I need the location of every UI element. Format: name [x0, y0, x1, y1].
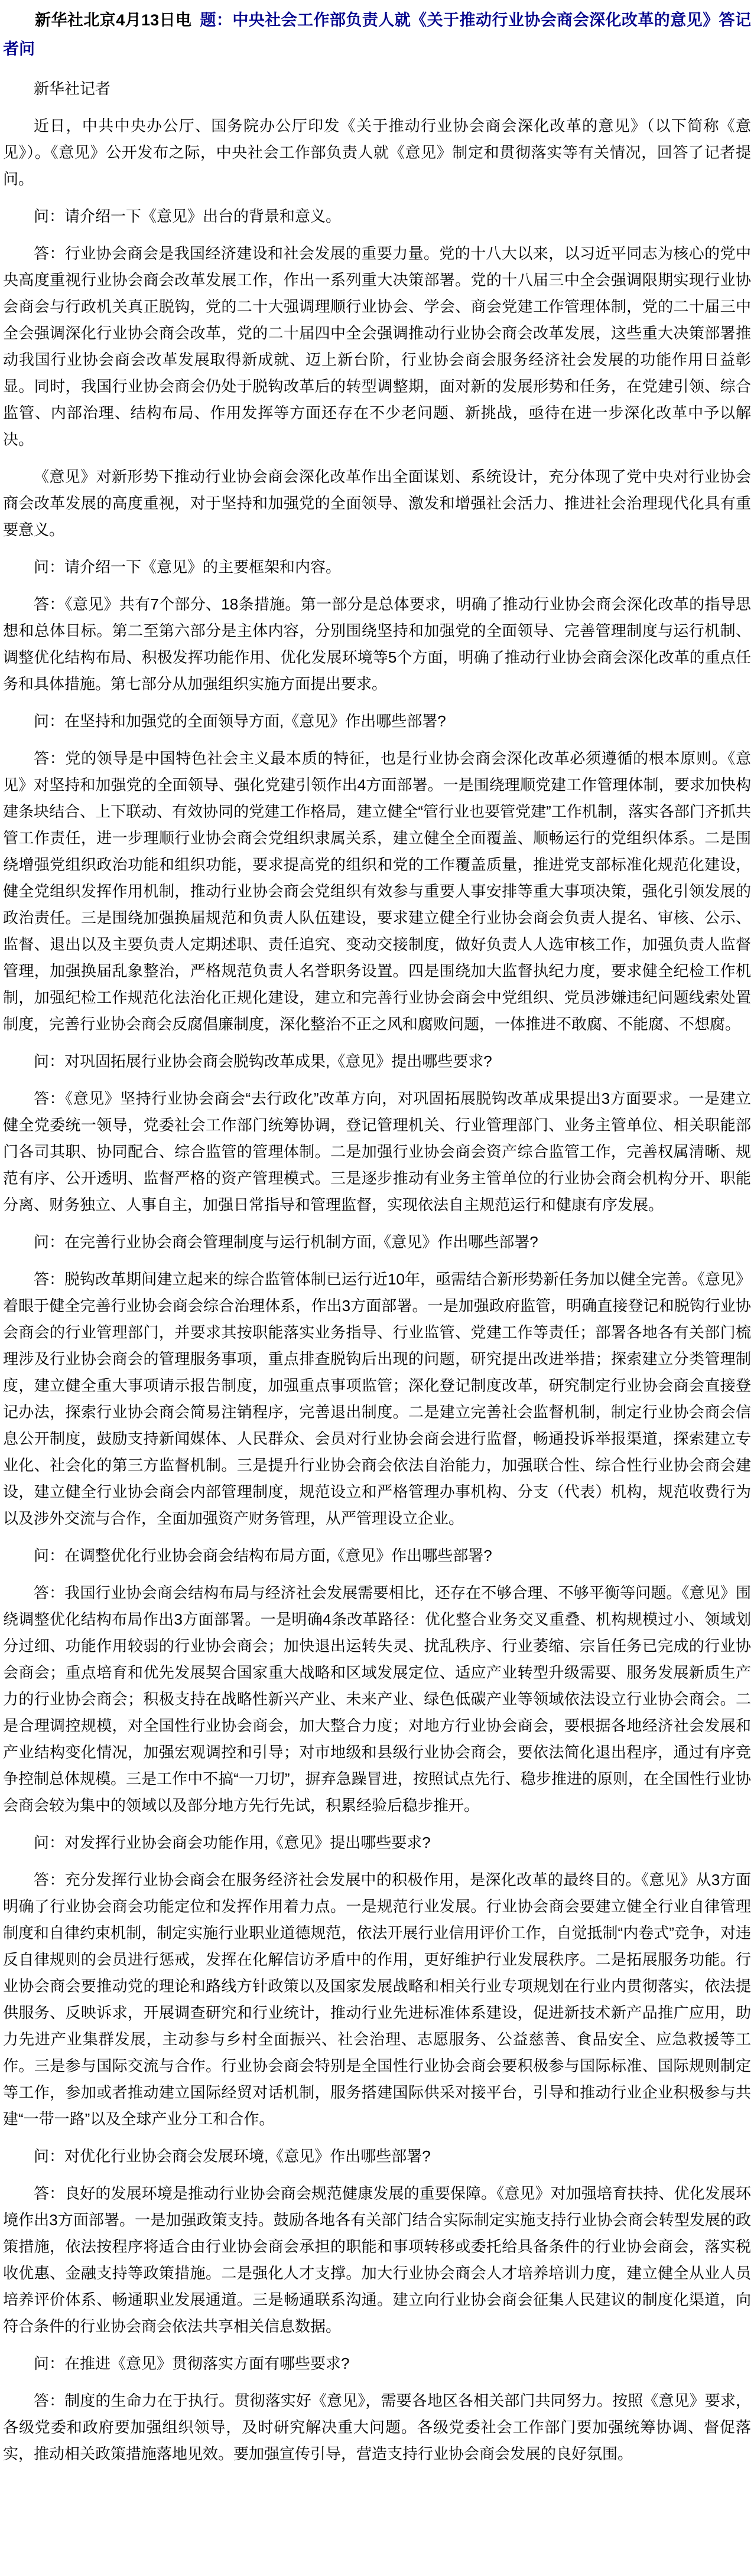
- byline: 新华社记者: [3, 76, 751, 102]
- question-7: 问：对发挥行业协会商会功能作用,《意见》提出哪些要求?: [3, 1830, 751, 1856]
- answer-1-paragraph-2: 《意见》对新形势下推动行业协会商会深化改革作出全面谋划、系统设计，充分体现了党中…: [3, 464, 751, 543]
- answer-4-paragraph-1: 答：《意见》坚持行业协会商会“去行政化”改革方向，对巩固拓展脱钩改革成果提出3方…: [3, 1085, 751, 1218]
- question-9: 问：在推进《意见》贯彻落实方面有哪些要求?: [3, 2350, 751, 2377]
- answer-7-paragraph-1: 答：充分发挥行业协会商会在服务经济社会发展中的积极作用，是深化改革的最终目的。《…: [3, 1867, 751, 2132]
- question-5: 问：在完善行业协会商会管理制度与运行机制方面,《意见》作出哪些部署?: [3, 1229, 751, 1256]
- dateline: 新华社北京4月13日电: [35, 11, 191, 29]
- question-4: 问：对巩固拓展行业协会商会脱钩改革成果,《意见》提出哪些要求?: [3, 1048, 751, 1075]
- question-6: 问：在调整优化行业协会商会结构布局方面,《意见》作出哪些部署?: [3, 1543, 751, 1569]
- question-1: 问：请介绍一下《意见》出台的背景和意义。: [3, 203, 751, 230]
- intro-paragraph: 近日，中共中央办公厅、国务院办公厅印发《关于推动行业协会商会深化改革的意见》（以…: [3, 113, 751, 193]
- question-8: 问：对优化行业协会商会发展环境,《意见》作出哪些部署?: [3, 2143, 751, 2170]
- answer-9-paragraph-1: 答：制度的生命力在于执行。贯彻落实好《意见》，需要各地区各相关部门共同努力。按照…: [3, 2388, 751, 2467]
- question-3: 问：在坚持和加强党的全面领导方面,《意见》作出哪些部署?: [3, 708, 751, 735]
- answer-5-paragraph-1: 答：脱钩改革期间建立起来的综合监管体制已运行近10年，亟需结合新形势新任务加以健…: [3, 1266, 751, 1532]
- answer-8-paragraph-1: 答：良好的发展环境是推动行业协会商会规范健康发展的重要保障。《意见》对加强培育扶…: [3, 2180, 751, 2340]
- answer-3-paragraph-1: 答：党的领导是中国特色社会主义最本质的特征，也是行业协会商会深化改革必须遵循的根…: [3, 745, 751, 1038]
- answer-2-paragraph-1: 答：《意见》共有7个部分、18条措施。第一部分是总体要求，明确了推动行业协会商会…: [3, 591, 751, 697]
- answer-6-paragraph-1: 答：我国行业协会商会结构布局与经济社会发展需要相比，还存在不够合理、不够平衡等问…: [3, 1580, 751, 1819]
- headline: 新华社北京4月13日电题：中央社会工作部负责人就《关于推动行业协会商会深化改革的…: [3, 6, 751, 64]
- answer-1-paragraph-1: 答：行业协会商会是我国经济建设和社会发展的重要力量。党的十八大以来，以习近平同志…: [3, 240, 751, 453]
- article-document: 新华社北京4月13日电题：中央社会工作部负责人就《关于推动行业协会商会深化改革的…: [0, 0, 754, 2495]
- question-2: 问：请介绍一下《意见》的主要框架和内容。: [3, 554, 751, 581]
